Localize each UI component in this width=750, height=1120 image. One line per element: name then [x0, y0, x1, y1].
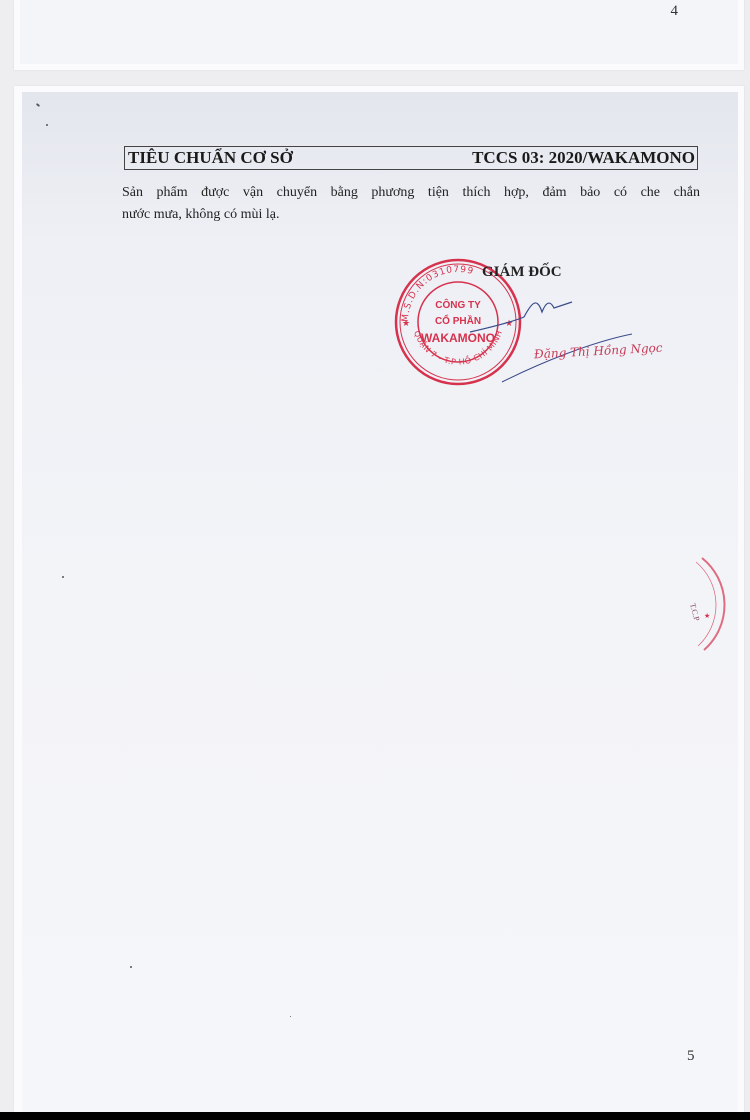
body-line-1: Sản phẩm được vận chuyển bằng phương tiệ…: [122, 182, 700, 204]
speck: [62, 576, 64, 578]
bottom-bar: [0, 1112, 750, 1120]
body-paragraph: Sản phẩm được vận chuyển bằng phương tiệ…: [122, 182, 700, 226]
document-header: TIÊU CHUẨN CƠ SỞ TCCS 03: 2020/WAKAMONO: [124, 146, 698, 170]
svg-text:★: ★: [402, 318, 410, 328]
partial-stamp-text: T.C.P: [688, 602, 702, 622]
header-title: TIÊU CHUẨN CƠ SỞ: [128, 148, 293, 168]
speck: [36, 103, 40, 107]
speck: [46, 124, 48, 126]
partial-stamp-edge: T.C.P ★: [682, 554, 742, 654]
header-code: TCCS 03: 2020/WAKAMONO: [472, 148, 695, 168]
current-page-sheet: TIÊU CHUẨN CƠ SỞ TCCS 03: 2020/WAKAMONO …: [22, 92, 738, 1112]
speck: [290, 1016, 291, 1017]
previous-page: 4: [14, 0, 744, 70]
previous-page-sheet: 4: [20, 0, 738, 64]
page-number-previous: 4: [671, 3, 679, 20]
signature-scribble: [442, 272, 642, 392]
page-number-current: 5: [687, 1048, 695, 1065]
svg-text:★: ★: [704, 612, 710, 620]
speck: [130, 966, 132, 968]
current-page: TIÊU CHUẨN CƠ SỞ TCCS 03: 2020/WAKAMONO …: [14, 86, 744, 1112]
body-line-2: nước mưa, không có mùi lạ.: [122, 207, 280, 222]
